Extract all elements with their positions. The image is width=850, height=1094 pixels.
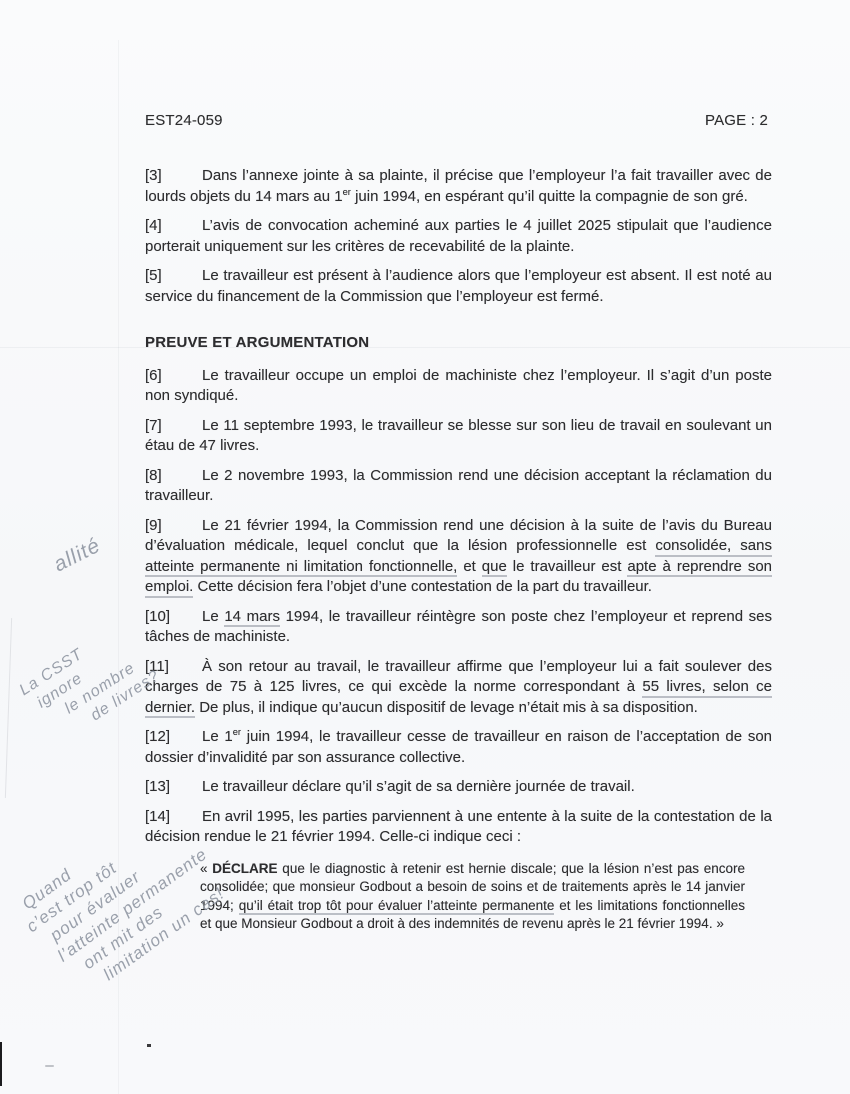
paragraph-number: [8] <box>145 466 202 487</box>
text-segment: et <box>457 558 481 575</box>
pencil-underlined-text: que <box>482 558 507 578</box>
paragraph-number: [3] <box>145 166 202 187</box>
superscript-text: er <box>343 187 351 197</box>
paragraph-8: [8]Le 2 novembre 1993, la Commission ren… <box>145 466 772 507</box>
scanned-document-page: EST24-059 PAGE : 2 [3]Dans l’annexe join… <box>0 0 850 1094</box>
text-segment: Le <box>202 608 224 625</box>
text-segment: juin 1994, en espérant qu’il quitte la c… <box>351 188 748 205</box>
paragraph-11: [11]À son retour au travail, le travaill… <box>145 657 772 719</box>
paragraph-number: [9] <box>145 516 202 537</box>
paragraph-number: [13] <box>145 777 202 798</box>
text-segment: Le 1 <box>202 728 233 745</box>
paragraph-12: [12]Le 1er juin 1994, le travailleur ces… <box>145 727 772 768</box>
handwritten-note-csst: La CSSTignorele nombrede livres? <box>16 616 164 751</box>
text-segment: L’avis de convocation acheminé aux parti… <box>145 217 772 255</box>
paragraph-6: [6]Le travailleur occupe un emploi de ma… <box>145 366 772 407</box>
text-segment: Le travailleur est présent à l’audience … <box>145 267 772 305</box>
text-segment: Le 11 septembre 1993, le travailleur se … <box>145 417 772 455</box>
paragraph-3: [3]Dans l’annexe jointe à sa plainte, il… <box>145 166 772 207</box>
page-number: PAGE : 2 <box>705 112 768 129</box>
pencil-underlined-text: 14 mars <box>224 608 280 628</box>
paper-crease-vertical-left <box>5 618 12 798</box>
text-segment: De plus, il indique qu’aucun dispositif … <box>195 699 698 716</box>
paragraph-14: [14]En avril 1995, les parties parvienne… <box>145 807 772 848</box>
document-header: EST24-059 PAGE : 2 <box>145 112 768 129</box>
paragraph-number: [10] <box>145 607 202 628</box>
text-segment: DÉCLARE <box>212 861 277 876</box>
text-segment: Le 2 novembre 1993, la Commission rend u… <box>145 467 772 505</box>
paragraph-10: [10]Le 14 mars 1994, le travailleur réin… <box>145 607 772 648</box>
scan-dot-artifact <box>147 1044 151 1047</box>
paragraph-number: [4] <box>145 216 202 237</box>
text-segment: Cette décision fera l’objet d’une contes… <box>193 578 652 595</box>
section-heading: PREUVE ET ARGUMENTATION <box>145 333 772 354</box>
paragraph-number: [6] <box>145 366 202 387</box>
paragraph-13: [13]Le travailleur déclare qu’il s’agit … <box>145 777 772 798</box>
handwritten-note-allite: allité <box>50 534 105 578</box>
document-body: [3]Dans l’annexe jointe à sa plainte, il… <box>145 166 772 934</box>
paragraph-5: [5]Le travailleur est présent à l’audien… <box>145 266 772 307</box>
paragraph-4: [4]L’avis de convocation acheminé aux pa… <box>145 216 772 257</box>
scan-smudge <box>45 1065 54 1067</box>
document-number: EST24-059 <box>145 112 223 129</box>
pencil-underlined-text: qu’il était trop tôt pour évaluer l’atte… <box>239 898 555 916</box>
handwriting-line: allité <box>50 534 105 578</box>
decision-quote: « DÉCLARE que le diagnostic à retenir es… <box>200 860 745 934</box>
paragraph-number: [12] <box>145 727 202 748</box>
section-paragraphs: [6]Le travailleur occupe un emploi de ma… <box>145 366 772 848</box>
paragraph-9: [9]Le 21 février 1994, la Commission ren… <box>145 516 772 598</box>
text-segment: En avril 1995, les parties parviennent à… <box>145 808 772 846</box>
superscript-text: er <box>233 727 241 737</box>
intro-paragraphs: [3]Dans l’annexe jointe à sa plainte, il… <box>145 166 772 307</box>
text-segment: le travailleur est <box>507 558 628 575</box>
paragraph-number: [7] <box>145 416 202 437</box>
scan-edge-artifact <box>0 1042 2 1086</box>
paragraph-number: [5] <box>145 266 202 287</box>
paragraph-7: [7]Le 11 septembre 1993, le travailleur … <box>145 416 772 457</box>
text-segment: Le travailleur déclare qu’il s’agit de s… <box>202 778 635 795</box>
text-segment: Le travailleur occupe un emploi de machi… <box>145 367 772 405</box>
